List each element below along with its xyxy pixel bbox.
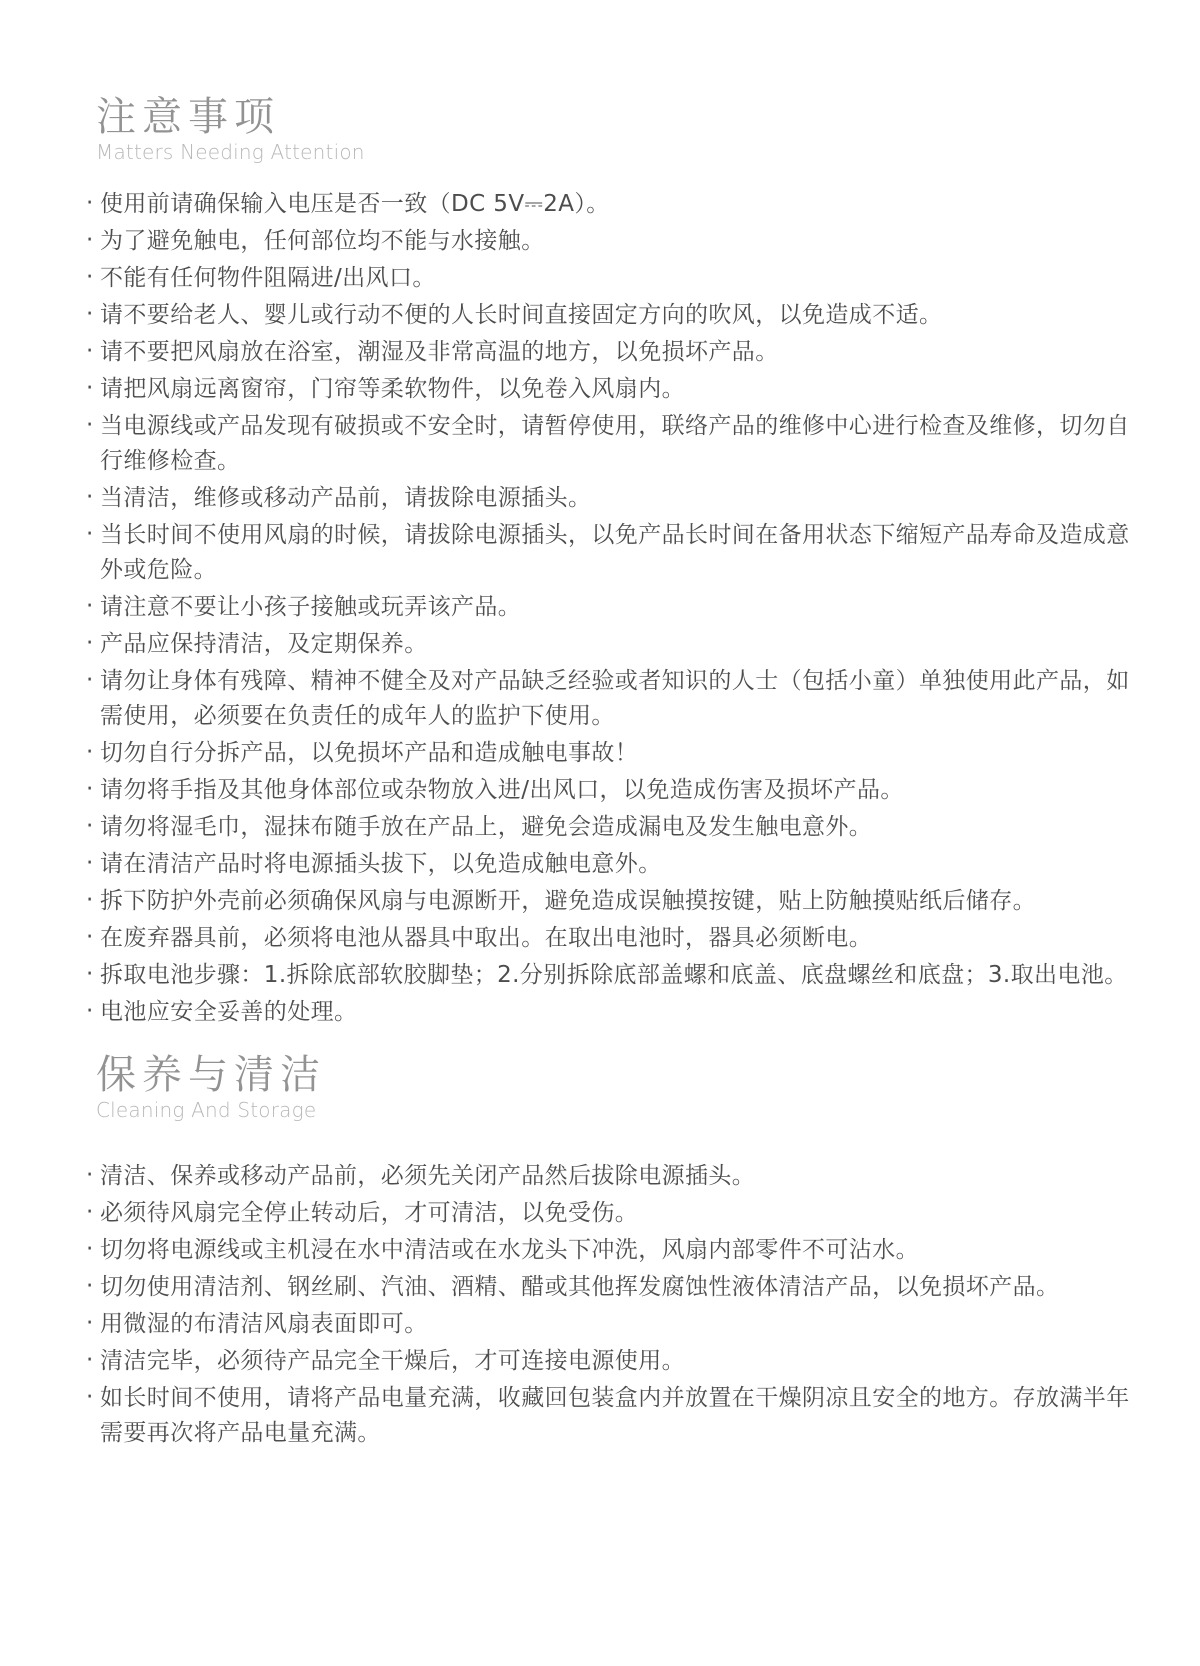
bullet-icon: · bbox=[86, 517, 94, 552]
section-header-attention: 注意事项 Matters Needing Attention bbox=[96, 96, 1150, 163]
list-item: · 拆取电池步骤：1.拆除底部软胶脚垫；2.分别拆除底部盖螺和底盖、底盘螺丝和底… bbox=[86, 958, 1148, 993]
list-item-text: 拆下防护外壳前必须确保风扇与电源断开，避免造成误触摸按键，贴上防触摸贴纸后储存。 bbox=[100, 888, 1036, 914]
list-item: · 清洁完毕，必须待产品完全干燥后，才可连接电源使用。 bbox=[86, 1344, 1148, 1379]
list-item-text: 产品应保持清洁，及定期保养。 bbox=[100, 631, 428, 657]
list-item-text: 切勿将电源线或主机浸在水中清洁或在水龙头下冲洗，风扇内部零件不可沾水。 bbox=[100, 1237, 919, 1263]
list-item: · 请勿将手指及其他身体部位或杂物放入进/出风口，以免造成伤害及损坏产品。 bbox=[86, 773, 1148, 808]
attention-list: · 使用前请确保输入电压是否一致（DC 5V⎓2A）。 · 为了避免触电，任何部… bbox=[86, 187, 1148, 1030]
list-item-text: 切勿使用清洁剂、钢丝刷、汽油、酒精、醋或其他挥发腐蚀性液体清洁产品，以免损坏产品… bbox=[100, 1274, 1059, 1300]
bullet-icon: · bbox=[86, 846, 94, 881]
list-item: · 在废弃器具前，必须将电池从器具中取出。在取出电池时，器具必须断电。 bbox=[86, 921, 1148, 956]
list-item-text: 电池应安全妥善的处理。 bbox=[100, 999, 357, 1025]
list-item: · 电池应安全妥善的处理。 bbox=[86, 995, 1148, 1030]
bullet-icon: · bbox=[86, 1195, 94, 1230]
list-item-text: 不能有任何物件阻隔进/出风口。 bbox=[100, 265, 436, 291]
manual-page: 注意事项 Matters Needing Attention · 使用前请确保输… bbox=[0, 0, 1200, 1666]
list-item: · 如长时间不使用，请将产品电量充满，收藏回包装盒内并放置在干燥阴凉且安全的地方… bbox=[86, 1381, 1148, 1451]
bullet-icon: · bbox=[86, 223, 94, 258]
bullet-icon: · bbox=[86, 480, 94, 515]
list-item: · 请不要给老人、婴儿或行动不便的人长时间直接固定方向的吹风，以免造成不适。 bbox=[86, 298, 1148, 333]
bullet-icon: · bbox=[86, 920, 94, 955]
list-item: · 请把风扇远离窗帘，门帘等柔软物件，以免卷入风扇内。 bbox=[86, 372, 1148, 407]
list-item: · 切勿将电源线或主机浸在水中清洁或在水龙头下冲洗，风扇内部零件不可沾水。 bbox=[86, 1233, 1148, 1268]
list-item-text: 清洁、保养或移动产品前，必须先关闭产品然后拔除电源插头。 bbox=[100, 1163, 755, 1189]
list-item: · 当清洁，维修或移动产品前，请拔除电源插头。 bbox=[86, 481, 1148, 516]
bullet-icon: · bbox=[86, 371, 94, 406]
bullet-icon: · bbox=[86, 334, 94, 369]
list-item-text: 使用前请确保输入电压是否一致（DC 5V⎓2A）。 bbox=[100, 191, 610, 217]
bullet-icon: · bbox=[86, 408, 94, 443]
list-item-text: 请勿让身体有残障、精神不健全及对产品缺乏经验或者知识的人士（包括小童）单独使用此… bbox=[100, 668, 1130, 729]
list-item-text: 切勿自行分拆产品，以免损坏产品和造成触电事故！ bbox=[100, 740, 638, 766]
list-item-text: 请把风扇远离窗帘，门帘等柔软物件，以免卷入风扇内。 bbox=[100, 376, 685, 402]
bullet-icon: · bbox=[86, 1306, 94, 1341]
bullet-icon: · bbox=[86, 297, 94, 332]
list-item-text: 请注意不要让小孩子接触或玩弄该产品。 bbox=[100, 594, 521, 620]
bullet-icon: · bbox=[86, 883, 94, 918]
list-item-text: 清洁完毕，必须待产品完全干燥后，才可连接电源使用。 bbox=[100, 1348, 685, 1374]
list-item-text: 请不要把风扇放在浴室，潮湿及非常高温的地方，以免损坏产品。 bbox=[100, 339, 779, 365]
attention-section-subtitle: Matters Needing Attention bbox=[96, 141, 1150, 163]
list-item: · 清洁、保养或移动产品前，必须先关闭产品然后拔除电源插头。 bbox=[86, 1159, 1148, 1194]
bullet-icon: · bbox=[86, 626, 94, 661]
bullet-icon: · bbox=[86, 809, 94, 844]
list-item-text: 用微湿的布清洁风扇表面即可。 bbox=[100, 1311, 428, 1337]
cleaning-section-subtitle: Cleaning And Storage bbox=[96, 1099, 1150, 1121]
list-item: · 使用前请确保输入电压是否一致（DC 5V⎓2A）。 bbox=[86, 187, 1148, 222]
list-item: · 请勿将湿毛巾，湿抹布随手放在产品上，避免会造成漏电及发生触电意外。 bbox=[86, 810, 1148, 845]
list-item: · 请勿让身体有残障、精神不健全及对产品缺乏经验或者知识的人士（包括小童）单独使… bbox=[86, 664, 1148, 734]
bullet-icon: · bbox=[86, 1380, 94, 1415]
list-item-text: 必须待风扇完全停止转动后，才可清洁，以免受伤。 bbox=[100, 1200, 638, 1226]
list-item: · 不能有任何物件阻隔进/出风口。 bbox=[86, 261, 1148, 296]
bullet-icon: · bbox=[86, 186, 94, 221]
bullet-icon: · bbox=[86, 994, 94, 1029]
list-item: · 请不要把风扇放在浴室，潮湿及非常高温的地方，以免损坏产品。 bbox=[86, 335, 1148, 370]
bullet-icon: · bbox=[86, 260, 94, 295]
bullet-icon: · bbox=[86, 589, 94, 624]
bullet-icon: · bbox=[86, 735, 94, 770]
list-item-text: 为了避免触电，任何部位均不能与水接触。 bbox=[100, 228, 545, 254]
list-item-text: 请勿将湿毛巾，湿抹布随手放在产品上，避免会造成漏电及发生触电意外。 bbox=[100, 814, 872, 840]
list-item: · 拆下防护外壳前必须确保风扇与电源断开，避免造成误触摸按键，贴上防触摸贴纸后储… bbox=[86, 884, 1148, 919]
bullet-icon: · bbox=[86, 663, 94, 698]
list-item: · 必须待风扇完全停止转动后，才可清洁，以免受伤。 bbox=[86, 1196, 1148, 1231]
list-item-text: 在废弃器具前，必须将电池从器具中取出。在取出电池时，器具必须断电。 bbox=[100, 925, 872, 951]
list-item: · 请在清洁产品时将电源插头拔下，以免造成触电意外。 bbox=[86, 847, 1148, 882]
list-item-text: 请在清洁产品时将电源插头拔下，以免造成触电意外。 bbox=[100, 851, 662, 877]
cleaning-list: · 清洁、保养或移动产品前，必须先关闭产品然后拔除电源插头。 · 必须待风扇完全… bbox=[86, 1159, 1148, 1451]
list-item: · 当长时间不使用风扇的时候，请拔除电源插头，以免产品长时间在备用状态下缩短产品… bbox=[86, 518, 1148, 588]
bullet-icon: · bbox=[86, 957, 94, 992]
list-item-text: 请勿将手指及其他身体部位或杂物放入进/出风口，以免造成伤害及损坏产品。 bbox=[100, 777, 904, 803]
list-item: · 用微湿的布清洁风扇表面即可。 bbox=[86, 1307, 1148, 1342]
list-item-text: 当电源线或产品发现有破损或不安全时，请暂停使用，联络产品的维修中心进行检查及维修… bbox=[100, 413, 1130, 474]
list-item: · 切勿使用清洁剂、钢丝刷、汽油、酒精、醋或其他挥发腐蚀性液体清洁产品，以免损坏… bbox=[86, 1270, 1148, 1305]
list-item: · 产品应保持清洁，及定期保养。 bbox=[86, 627, 1148, 662]
list-item-text: 当长时间不使用风扇的时候，请拔除电源插头，以免产品长时间在备用状态下缩短产品寿命… bbox=[100, 522, 1130, 583]
list-item-text: 拆取电池步骤：1.拆除底部软胶脚垫；2.分别拆除底部盖螺和底盖、底盘螺丝和底盘；… bbox=[100, 962, 1128, 988]
list-item: · 当电源线或产品发现有破损或不安全时，请暂停使用，联络产品的维修中心进行检查及… bbox=[86, 409, 1148, 479]
list-item: · 切勿自行分拆产品，以免损坏产品和造成触电事故！ bbox=[86, 736, 1148, 771]
bullet-icon: · bbox=[86, 1269, 94, 1304]
bullet-icon: · bbox=[86, 1158, 94, 1193]
list-item: · 为了避免触电，任何部位均不能与水接触。 bbox=[86, 224, 1148, 259]
list-item: · 请注意不要让小孩子接触或玩弄该产品。 bbox=[86, 590, 1148, 625]
bullet-icon: · bbox=[86, 1232, 94, 1267]
bullet-icon: · bbox=[86, 1343, 94, 1378]
list-item-text: 如长时间不使用，请将产品电量充满，收藏回包装盒内并放置在干燥阴凉且安全的地方。存… bbox=[100, 1385, 1130, 1446]
attention-section-title: 注意事项 bbox=[96, 96, 1150, 138]
bullet-icon: · bbox=[86, 772, 94, 807]
list-item-text: 当清洁，维修或移动产品前，请拔除电源插头。 bbox=[100, 485, 591, 511]
cleaning-section-title: 保养与清洁 bbox=[96, 1054, 1150, 1096]
list-item-text: 请不要给老人、婴儿或行动不便的人长时间直接固定方向的吹风，以免造成不适。 bbox=[100, 302, 942, 328]
section-header-cleaning: 保养与清洁 Cleaning And Storage bbox=[96, 1054, 1150, 1121]
